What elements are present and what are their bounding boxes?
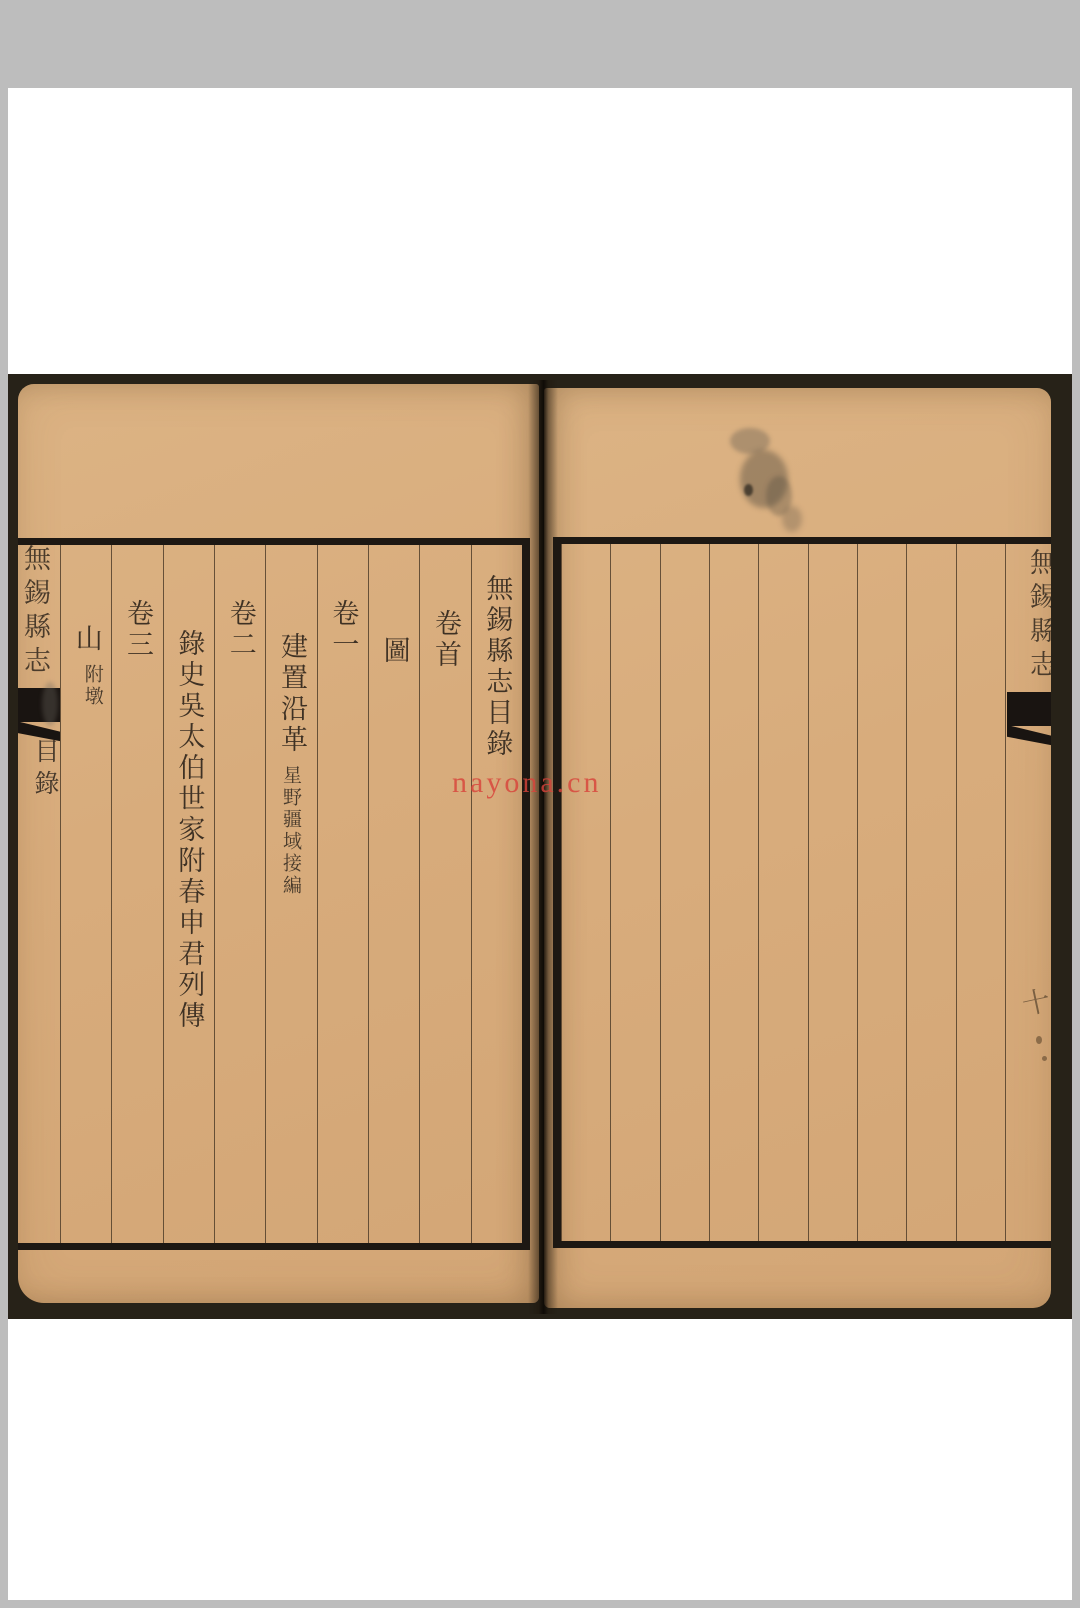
toc-text: 建置沿革 [276, 632, 307, 756]
toc-column: 卷三 [111, 545, 162, 1243]
blank-column [956, 544, 1005, 1241]
left-page: 無錫縣志 目錄 無錫縣志目錄 卷首 圖 [18, 384, 539, 1303]
toc-column: 錄史吳太伯世家附春申君列傳 [163, 545, 214, 1243]
blank-column [906, 544, 955, 1241]
toc-column: 卷一 [317, 545, 368, 1243]
toc-text: 卷三 [122, 599, 153, 661]
fishtail-marker-icon [1007, 692, 1051, 756]
toc-columns: 無錫縣志目錄 卷首 圖 卷一 建置沿革星野疆域接編 卷二 [60, 545, 522, 1243]
book-gutter-shadow [528, 380, 558, 1314]
fishtail-tail [1007, 725, 1051, 753]
fishtail-head [1007, 692, 1051, 726]
viewer-canvas: 無錫縣志 目錄 無錫縣志目錄 卷首 圖 [8, 88, 1072, 1600]
toc-text: 圖 [379, 636, 410, 667]
blank-column [709, 544, 758, 1241]
toc-column: 卷首 [419, 545, 470, 1243]
toc-text: 山 [71, 624, 102, 655]
toc-column: 建置沿革星野疆域接編 [265, 545, 316, 1243]
blank-column [758, 544, 807, 1241]
blank-column [561, 544, 610, 1241]
ink-dot [1036, 1036, 1042, 1044]
ink-smudge [744, 484, 753, 496]
spine-title: 無錫縣志 [1014, 548, 1051, 684]
toc-text: 卷二 [225, 599, 256, 661]
printed-frame [553, 537, 1051, 1248]
blank-column [660, 544, 709, 1241]
ink-smudge [782, 506, 802, 532]
blank-column [808, 544, 857, 1241]
blank-column [610, 544, 659, 1241]
toc-column: 山附墩 [60, 545, 111, 1243]
ink-dot [1042, 1056, 1047, 1061]
site-watermark: nayona.cn [452, 766, 601, 800]
blank-column [857, 544, 906, 1241]
right-page: 無錫縣志 十 [544, 388, 1051, 1308]
blank-columns [561, 544, 1006, 1241]
book-scan-photo: 無錫縣志 目錄 無錫縣志目錄 卷首 圖 [8, 374, 1072, 1319]
toc-note: 星野疆域接編 [280, 765, 302, 897]
printed-frame: 無錫縣志目錄 卷首 圖 卷一 建置沿革星野疆域接編 卷二 [18, 538, 530, 1250]
toc-note: 附墩 [82, 664, 104, 708]
toc-column: 卷二 [214, 545, 265, 1243]
toc-text: 卷首 [430, 609, 461, 671]
toc-text: 無錫縣志目錄 [481, 574, 512, 760]
toc-column: 圖 [368, 545, 419, 1243]
toc-text: 錄史吳太伯世家附春申君列傳 [173, 629, 204, 1032]
toc-column: 無錫縣志目錄 [471, 545, 522, 1243]
toc-text: 卷一 [327, 599, 358, 661]
